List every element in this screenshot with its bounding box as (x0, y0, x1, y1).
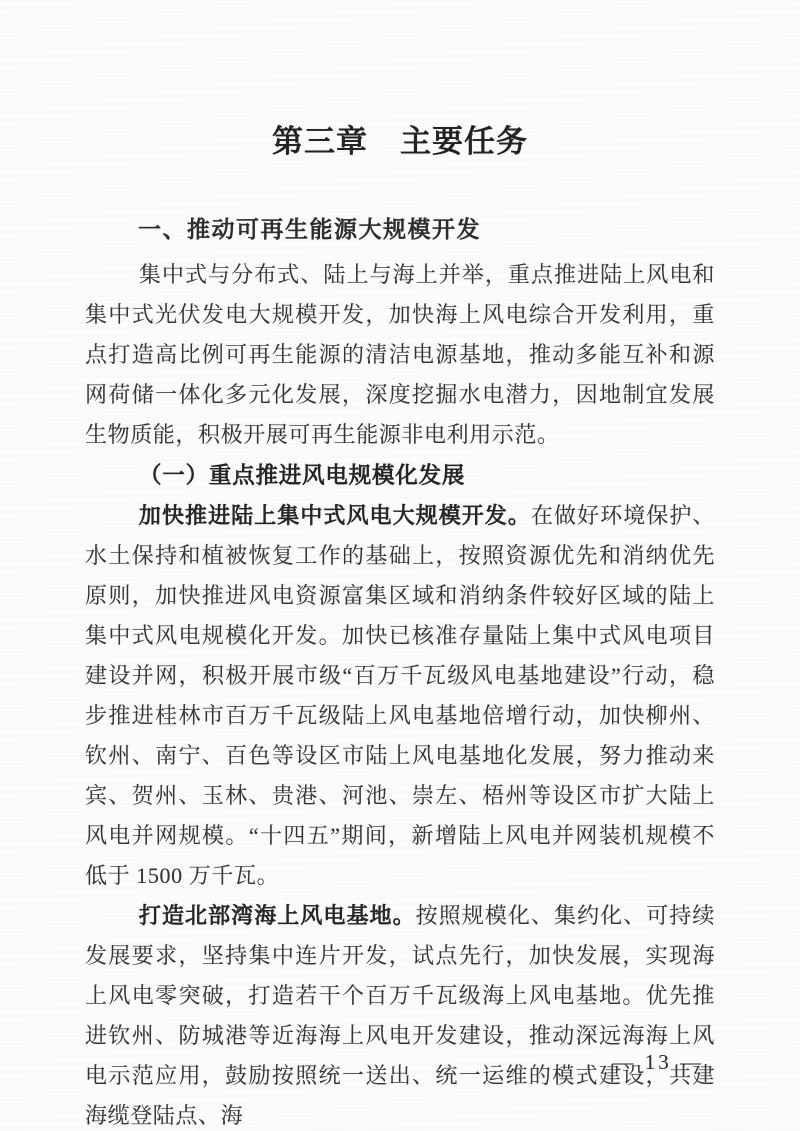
paragraph-offshore-wind: 打造北部湾海上风电基地。按照规模化、集约化、可持续发展要求，坚持集中连片开发，试… (85, 896, 715, 1131)
page-number: — 13 — (613, 1050, 705, 1075)
paragraph-intro: 集中式与分布式、陆上与海上并举，重点推进陆上风电和集中式光伏发电大规模开发，加快… (85, 255, 715, 455)
section-heading-1: 一、推动可再生能源大规模开发 (85, 213, 715, 246)
document-page: 第三章 主要任务 一、推动可再生能源大规模开发 集中式与分布式、陆上与海上并举，… (0, 0, 800, 1131)
paragraph-offshore-wind-text: 按照规模化、集约化、可持续发展要求，坚持集中连片开发，试点先行，加快发展，实现海… (85, 903, 715, 1128)
paragraph-onshore-wind-text: 在做好环境保护、水土保持和植被恢复工作的基础上，按照资源优先和消纳优先原则，加快… (85, 503, 715, 888)
paragraph-offshore-wind-lead: 打造北部湾海上风电基地。 (139, 903, 416, 928)
page-content: 第三章 主要任务 一、推动可再生能源大规模开发 集中式与分布式、陆上与海上并举，… (0, 0, 800, 1131)
paragraph-onshore-wind: 加快推进陆上集中式风电大规模开发。在做好环境保护、水土保持和植被恢复工作的基础上… (85, 496, 715, 896)
section-heading-2: （一）重点推进风电规模化发展 (85, 455, 715, 496)
paragraph-intro-text: 集中式与分布式、陆上与海上并举，重点推进陆上风电和集中式光伏发电大规模开发，加快… (85, 262, 715, 447)
paragraph-onshore-wind-lead: 加快推进陆上集中式风电大规模开发。 (139, 503, 531, 528)
chapter-title: 第三章 主要任务 (85, 121, 715, 163)
